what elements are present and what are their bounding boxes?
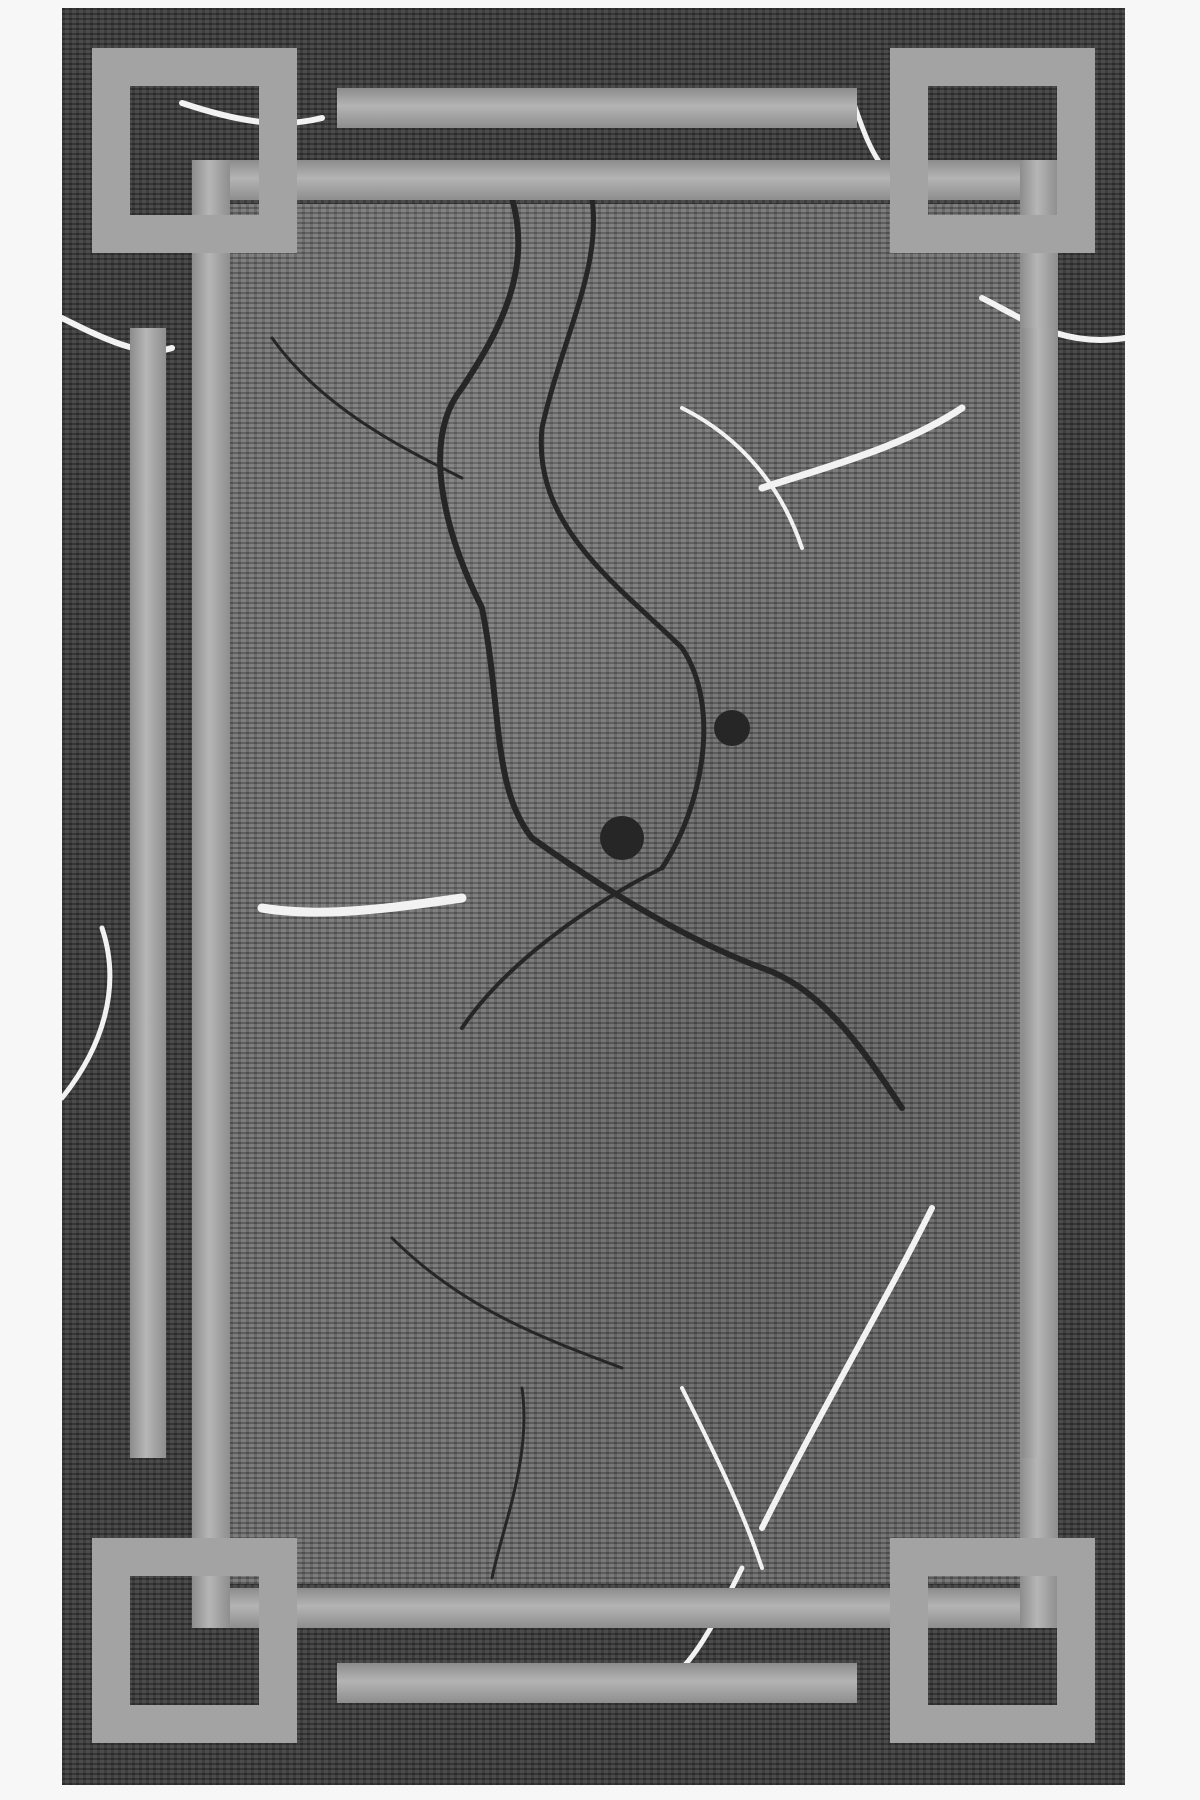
frame-bottom-outer-bar: [337, 1663, 857, 1703]
corner-motif-bottom-right: [890, 1538, 1095, 1743]
corner-motif-top-right: [890, 48, 1095, 253]
frame-left-inner-bar: [192, 160, 230, 1628]
frame-right-outer-bar: [1022, 328, 1058, 1458]
corner-motif-top-left: [92, 48, 297, 253]
rug: [62, 8, 1125, 1785]
corner-motif-bottom-left: [92, 1538, 297, 1743]
frame-top-outer-bar: [337, 88, 857, 128]
frame-left-outer-bar: [130, 328, 166, 1458]
